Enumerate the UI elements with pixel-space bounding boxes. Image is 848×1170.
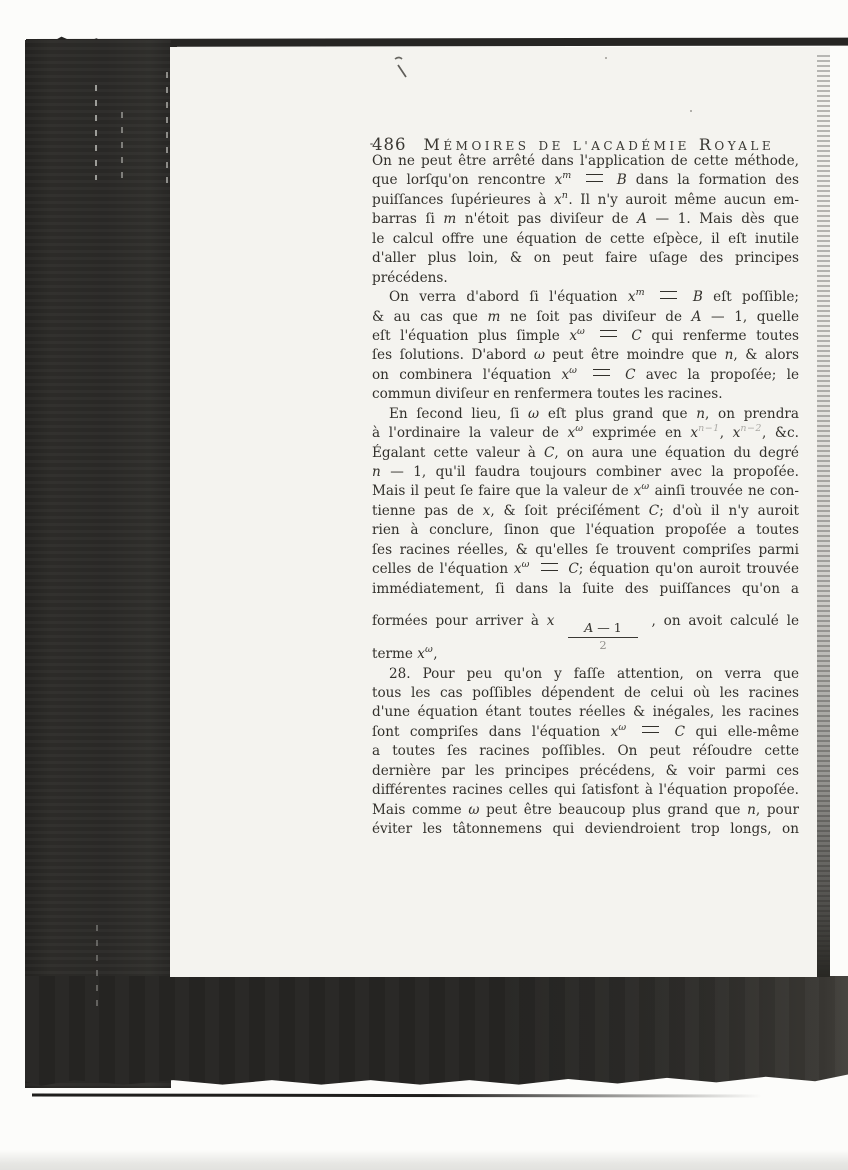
fraction-denominator: 2 [599,638,606,652]
text-line: eſt l'équation plus ſimple xω C qui renf… [372,327,799,346]
text-line: que lorſqu'on rencontre xm B dans la for… [372,171,799,190]
fraction-exponent: A — 12 [568,622,637,651]
scan-scratch [121,112,123,187]
text-line: Mais il peut ſe faire que la valeur de x… [372,482,799,501]
long-equals-sign [541,563,558,571]
scan-border-left [25,40,171,1088]
text-line: celles de l'équation xω C; équation qu'o… [372,560,799,579]
text-line: dernière par les principes précédens, & … [372,762,799,781]
text-line: formées pour arriver à x A — 12 , on avo… [372,599,799,645]
text-line: tienne pas de x, & ſoit préciſément C; d… [372,502,799,521]
text-line: rien à conclure, ſinon que l'équation pr… [372,521,799,540]
text-line: précédens. [372,269,799,288]
text-line: ſont compriſes dans l'équation xω C qui … [372,723,799,742]
text-line: le calcul offre une équation de cette eſ… [372,230,799,249]
long-equals-sign [600,330,617,338]
long-equals-sign [586,174,603,182]
scanner-bed-strip [0,1150,848,1170]
text-line: on combinera l'équation xω C avec la pro… [372,366,799,385]
text-line: & au cas que m ne ſoit pas diviſeur de A… [372,308,799,327]
scan-speck [690,110,692,112]
text-line: n — 1, qu'il faudra toujours combiner av… [372,463,799,482]
long-equals-sign [660,291,677,299]
page-body: On ne peut être arrêté dans l'applicatio… [372,152,799,839]
scan-artifact-line [32,1093,762,1097]
text-line: à l'ordinaire la valeur de xω exprimée e… [372,424,799,443]
scan-border-bottom [25,976,848,1088]
scan-canvas: 486 MÉMOIRESDEL'ACADÉMIEROYALE On ne peu… [0,0,848,1170]
text-line: différentes racines celles qui ſatisfont… [372,781,799,800]
page-edge-shadow [817,55,830,977]
text-line: barras ſi m n'étoit pas diviſeur de A — … [372,210,799,229]
text-line: ſes ſolutions. D'abord ω peut être moind… [372,346,799,365]
text-line: Mais comme ω peut être beaucoup plus gra… [372,801,799,820]
long-equals-sign [593,369,610,377]
scan-scratch [95,85,97,180]
text-line: tous les cas poſſibles dépendent de celu… [372,684,799,703]
scan-scratch [166,72,168,187]
text-line: immédiatement, ſi dans la ſuite des puiſ… [372,580,799,599]
text-line: a toutes ſes racines poſſibles. On peut … [372,742,799,761]
text-line: d'une équation étant toutes réelles & in… [372,703,799,722]
book-page: 486 MÉMOIRESDEL'ACADÉMIEROYALE On ne peu… [170,47,830,977]
scan-scratch [96,925,98,1010]
text-line: Égalant cette valeur à C, on aura une éq… [372,444,799,463]
text-line: 28. Pour peu qu'on y faſſe attention, on… [372,665,799,684]
pen-mark [388,55,414,83]
text-line: éviter les tâtonnemens qui deviendroient… [372,820,799,839]
text-line: commun diviſeur en renfermera toutes les… [372,385,799,404]
text-line: En ſecond lieu, ſi ω eſt plus grand que … [372,405,799,424]
text-line: puiſſances ſupérieures à xn. Il n'y auro… [372,191,799,210]
text-line: On verra d'abord ſi l'équation xm B eſt … [372,288,799,307]
text-line: ſes racines réelles, & qu'elles ſe trouv… [372,541,799,560]
long-equals-sign [642,726,659,734]
text-line: d'aller plus loin, & on peut faire uſage… [372,249,799,268]
scan-speck [605,57,607,59]
text-line: On ne peut être arrêté dans l'applicatio… [372,152,799,171]
fraction-numerator: A — 1 [568,622,637,638]
